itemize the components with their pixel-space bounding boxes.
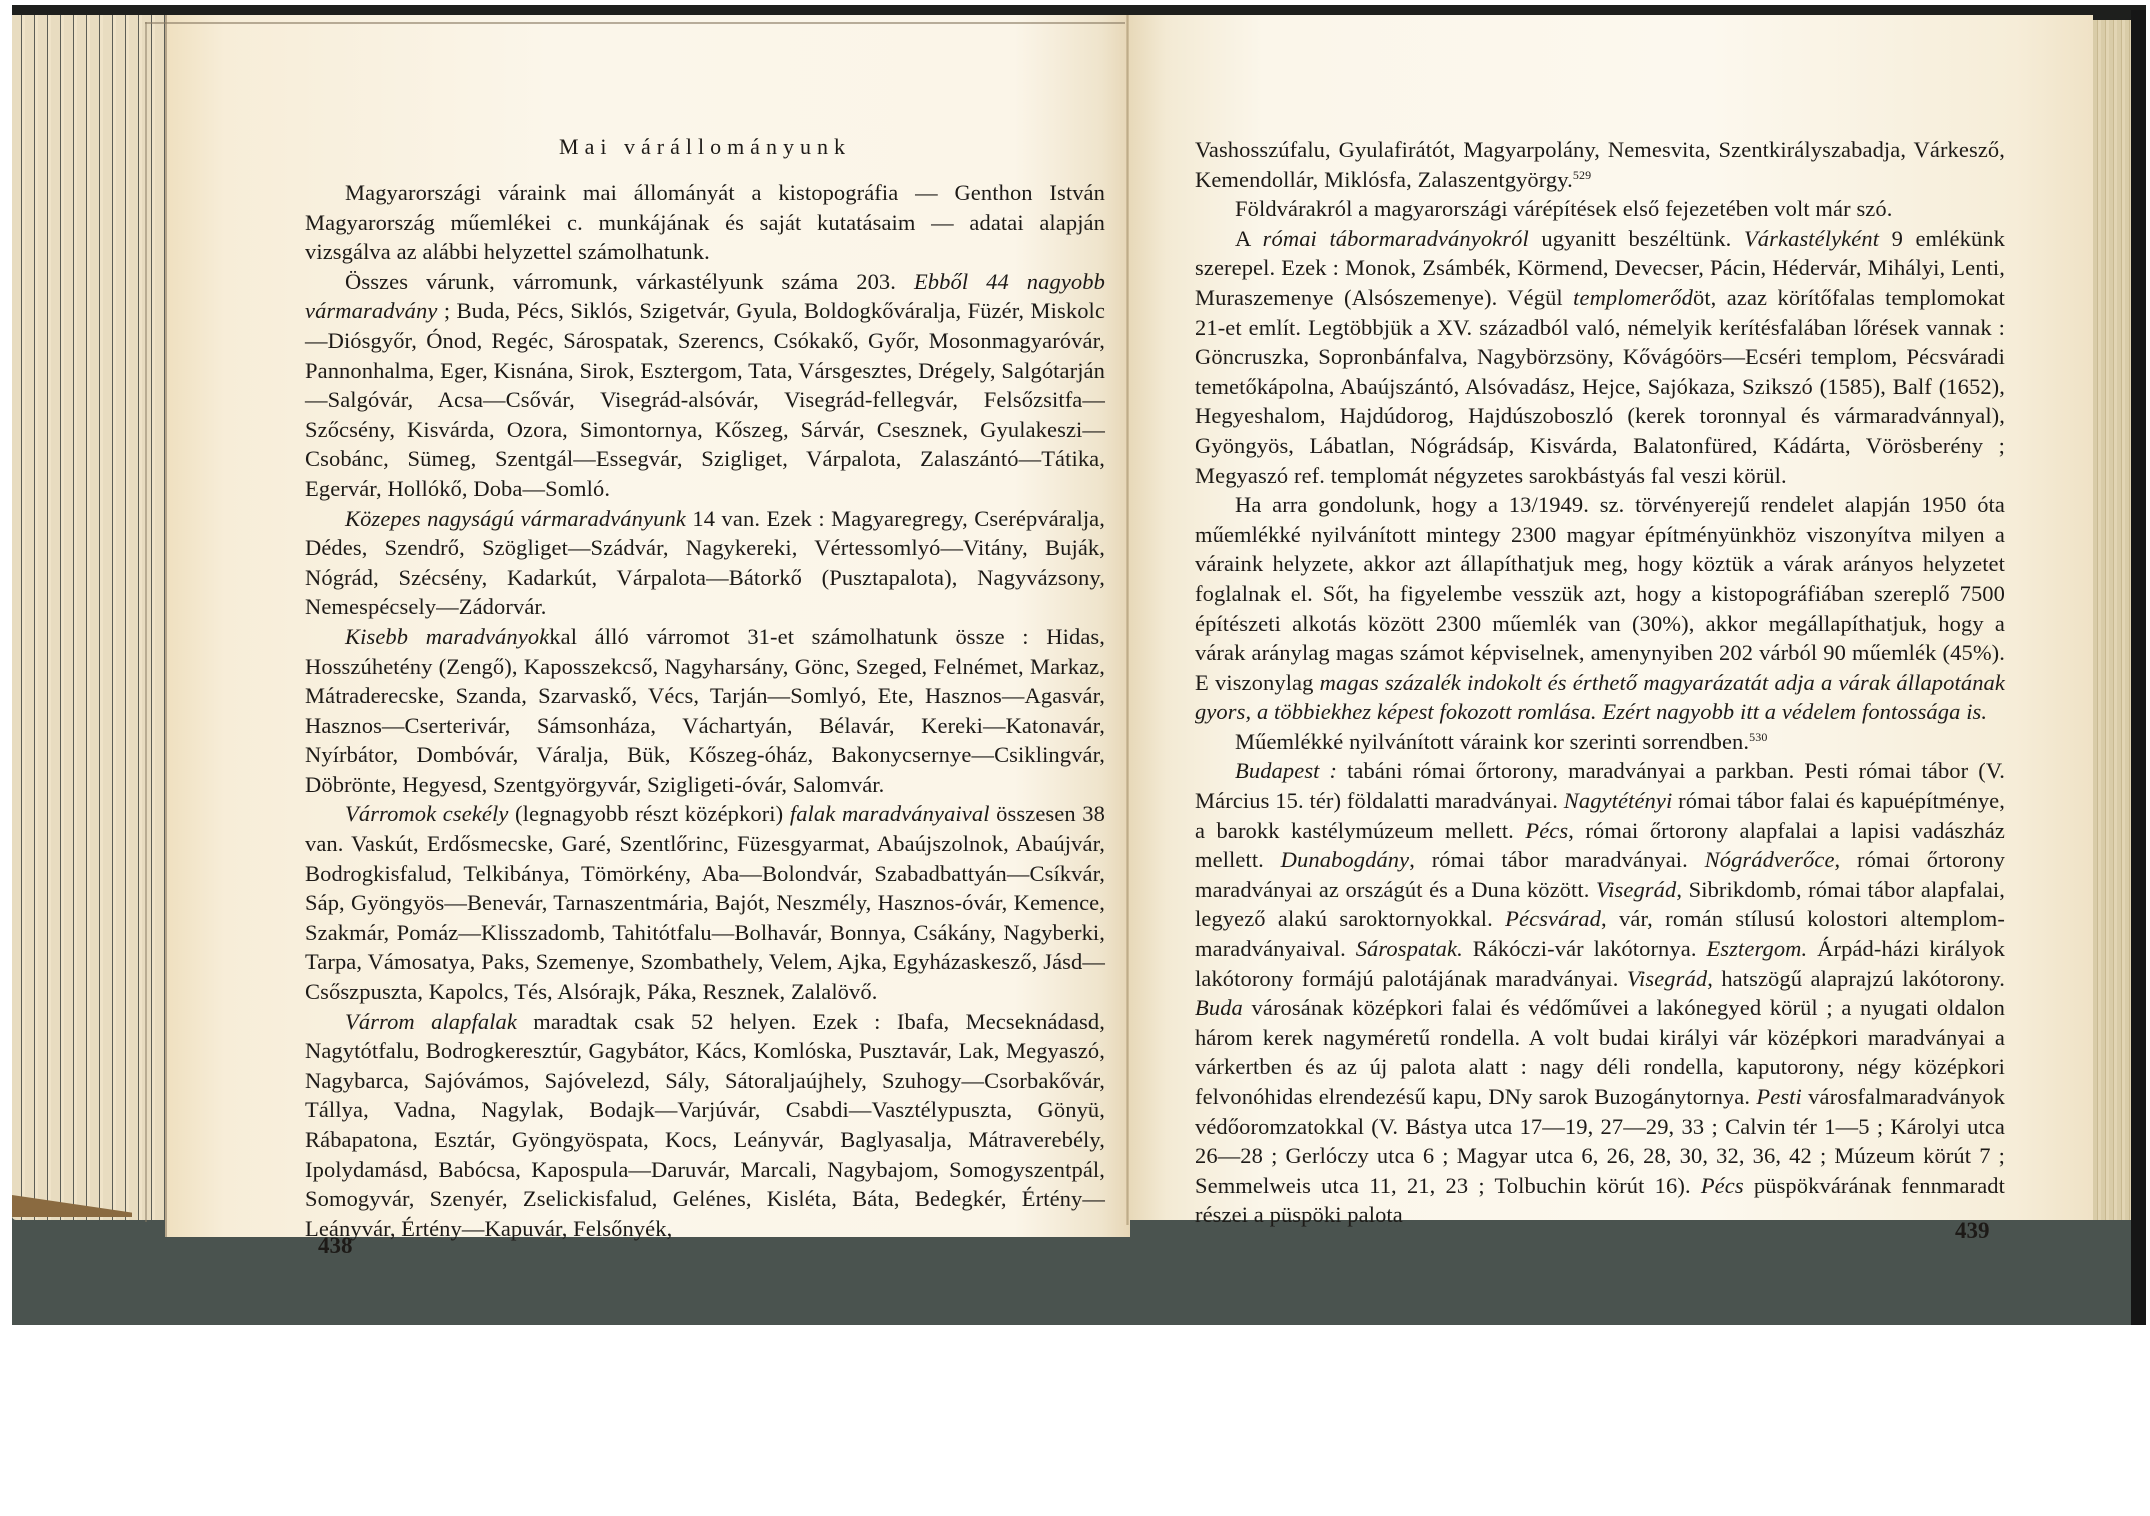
text-run: Esztergom. [1706,936,1807,961]
text-run: Várrom alapfalak [345,1009,517,1034]
text-run: Budapest : [1235,758,1337,783]
text-run: Rákóczi-vár lakótornya. [1463,936,1707,961]
footnote-ref: 529 [1573,168,1591,182]
paragraph: Várromok csekély (legnagyobb részt közép… [305,799,1105,1006]
page-border-top [145,22,1125,24]
text-run: Pesti [1756,1084,1802,1109]
left-page-text: Magyarországi váraink mai állományát a k… [305,178,1105,1243]
text-run: Földvárakról a magyarországi várépítések… [1235,196,1892,221]
text-run: Várkastélyként [1744,226,1879,251]
text-run: A [1235,226,1263,251]
text-run: Dunabogdány [1281,847,1410,872]
text-run: kal álló várromot 31-et számolhatunk öss… [305,624,1105,797]
paragraph: Műemlékké nyilvánított váraink kor szeri… [1195,727,2005,757]
right-page-stack [2093,20,2131,1220]
text-run: Pécs [1701,1173,1744,1198]
text-run: Visegrád [1627,966,1707,991]
text-run: templomerőd [1573,285,1693,310]
text-run: Nagytétényi [1564,788,1673,813]
text-run: Közepes nagyságú vármaradványunk [345,506,686,531]
paragraph: Vashosszúfalu, Gyulafirátót, Magyarpolán… [1195,135,2005,194]
paragraph: Összes várunk, várromunk, várkastélyunk … [305,267,1105,504]
text-run: Pécsvárad [1505,906,1601,931]
text-run: Nógrádverőce [1705,847,1835,872]
text-run: ; Buda, Pécs, Siklós, Szigetvár, Gyula, … [305,298,1105,501]
page-number-left: 438 [318,1233,353,1259]
paragraph: Budapest : tabáni római őrtorony, maradv… [1195,756,2005,1230]
text-run: ugyanitt beszéltünk. [1529,226,1744,251]
text-run: falak maradványaival [790,801,990,826]
text-run: Buda [1195,995,1243,1020]
text-run: Kisebb maradványok [345,624,549,649]
text-run: Magyarországi váraink mai állományát a k… [305,180,1105,264]
footnote-ref: 530 [1749,730,1767,744]
text-run: Ha arra gondolunk, hogy a 13/1949. sz. t… [1195,492,2005,695]
text-run: (legnagyobb részt középkori) [508,801,789,826]
paragraph: Várrom alapfalak maradtak csak 52 helyen… [305,1007,1105,1244]
paragraph: Földvárakról a magyarországi várépítések… [1195,194,2005,224]
text-run: Vashosszúfalu, Gyulafirátót, Magyarpolán… [1195,137,2005,192]
left-page-stack [12,15,167,1220]
text-run: Visegrád [1596,877,1676,902]
page-border-left [145,22,147,1222]
paragraph: Magyarországi váraink mai állományát a k… [305,178,1105,267]
running-head: Mai várállományunk [305,134,1105,160]
text-run: Sárospatak. [1356,936,1463,961]
text-run: , hatszögű alaprajzú lakótorony. [1707,966,2005,991]
text-run: maradtak csak 52 helyen. Ezek : Ibafa, M… [305,1009,1105,1241]
book-gutter [1126,15,1129,1225]
text-run: Pécs [1525,818,1568,843]
paragraph: Közepes nagyságú vármaradványunk 14 van.… [305,504,1105,622]
right-page-text: Vashosszúfalu, Gyulafirátót, Magyarpolán… [1195,135,2005,1230]
book-cover-edge [2131,10,2146,1325]
paragraph: Kisebb maradványokkal álló várromot 31-e… [305,622,1105,800]
text-run: Várromok csekély [345,801,508,826]
paragraph: Ha arra gondolunk, hogy a 13/1949. sz. t… [1195,490,2005,727]
text-run: Összes várunk, várromunk, várkastélyunk … [345,269,914,294]
text-run: összesen 38 van. Vaskút, Erdősmecske, Ga… [305,801,1105,1004]
text-run: öt, azaz körítőfalas templomokat 21-et e… [1195,285,2005,488]
page-number-right: 439 [1955,1218,1990,1244]
text-run: , római tábor maradványai. [1409,847,1704,872]
paragraph: A római tábormaradványokról ugyanitt bes… [1195,224,2005,490]
text-run: római tábormaradványokról [1263,226,1529,251]
text-run: Műemlékké nyilvánított váraink kor szeri… [1235,729,1749,754]
